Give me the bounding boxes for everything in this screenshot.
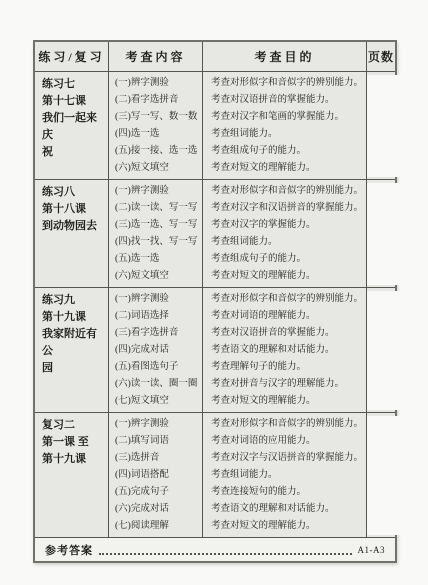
- page-number: 51: [367, 75, 428, 92]
- exam-content-item: (一)辨字测验: [109, 75, 202, 92]
- exam-content-item: (四)选一选: [109, 126, 202, 143]
- page-number: 55: [367, 143, 428, 160]
- exam-content-item: (四)完成对话: [109, 342, 202, 359]
- exam-purpose-column: 考查对形似字和音似字的辨别能力。考查对汉语拼音的掌握能力。考查对汉字和笔画的掌握…: [202, 72, 366, 179]
- answers-label: 参考答案: [45, 542, 93, 558]
- page-number: 76: [367, 501, 428, 518]
- exam-purpose-item: 考查组词能力。: [203, 126, 366, 143]
- exam-content-item: (六)完成对话: [109, 501, 202, 518]
- practice-group: 练习八 第十八课 到动物园去 (一)辨字测验(二)读一读、写一写(三)选一选、写…: [35, 179, 395, 287]
- exam-content-item: (五)选一选: [109, 251, 202, 268]
- practice-title: 练习九 第十九课 我家附近有公 园: [35, 288, 108, 412]
- exam-purpose-item: 考查对形似字和音似字的辨别能力。: [203, 183, 366, 200]
- page-number: 58: [367, 200, 428, 217]
- exam-content-item: (三)选拼音: [109, 450, 202, 467]
- dotted-leader: [99, 545, 352, 555]
- exam-purpose-item: 考查对形似字和音似字的辨别能力。: [203, 75, 366, 92]
- exam-content-item: (六)短文填空: [109, 160, 202, 177]
- page-number: 74: [367, 467, 428, 484]
- page-number: 52: [367, 92, 428, 109]
- exam-purpose-item: 考查对短文的理解能力。: [203, 160, 366, 177]
- page-number: 64: [367, 308, 428, 325]
- page-number: 54: [367, 126, 428, 143]
- page-number: 56: [367, 160, 428, 177]
- exam-content-item: (一)辨字测验: [109, 183, 202, 200]
- exam-purpose-item: 考查对短文的理解能力。: [203, 393, 366, 410]
- exam-purpose-item: 考查对形似字和音似字的辨别能力。: [203, 291, 366, 308]
- exam-purpose-column: 考查对形似字和音似字的辨别能力。考查对汉字和汉语拼音的掌握能力。考查对汉字的掌握…: [202, 180, 366, 287]
- col-header-practice-review: 练习/复习: [35, 42, 108, 71]
- exam-purpose-item: 考查对短文的理解能力。: [203, 518, 366, 535]
- exam-purpose-item: 考查语文的理解和对话能力。: [203, 342, 366, 359]
- exam-purpose-item: 考查语文的理解和对话能力。: [203, 501, 366, 518]
- exam-purpose-column: 考查对形似字和音似字的辨别能力。考查对词语的应用能力。考查对汉字与汉语拼音的掌握…: [202, 413, 366, 537]
- exam-content-item: (四)词语搭配: [109, 467, 202, 484]
- exam-purpose-item: 考查连接短句的能力。: [203, 484, 366, 501]
- exam-content-item: (七)短文填空: [109, 393, 202, 410]
- exam-purpose-item: 考查对形似字和音似字的辨别能力。: [203, 416, 366, 433]
- page-number: 72: [367, 433, 428, 450]
- exam-content-item: (六)读一读、圈一圈: [109, 376, 202, 393]
- page-number: 71: [367, 416, 428, 433]
- exam-content-item: (五)接一接、选一选: [109, 143, 202, 160]
- exam-content-item: (三)选一选、写一写: [109, 217, 202, 234]
- exam-purpose-item: 考查对短文的理解能力。: [203, 268, 366, 285]
- exam-content-item: (七)阅读理解: [109, 518, 202, 535]
- page-number: 65: [367, 325, 428, 342]
- exam-purpose-item: 考查组成句子的能力。: [203, 251, 366, 268]
- page-number: 57: [367, 183, 428, 200]
- exam-content-column: (一)辨字测验(二)词语选择(三)看字选拼音(四)完成对话(五)看图选句子(六)…: [108, 288, 202, 412]
- col-header-exam-content: 考查内容: [108, 42, 202, 71]
- practice-group: 练习七 第十七课 我们一起来庆 祝 (一)辨字测验(二)看字选拼音(三)写一写、…: [35, 71, 395, 179]
- table-header-row: 练习/复习 考查内容 考查目的 页数: [35, 42, 395, 71]
- answers-row: 参考答案 A1-A3: [35, 537, 395, 561]
- exam-content-item: (四)找一找、写一写: [109, 234, 202, 251]
- page-number: 62: [367, 268, 428, 285]
- page-number: 61: [367, 251, 428, 268]
- answers-page-range: A1-A3: [358, 545, 386, 555]
- col-header-page-count: 页数: [366, 42, 395, 71]
- page-number-column: 63646566676970: [366, 288, 395, 412]
- exam-purpose-item: 考查对汉字的掌握能力。: [203, 217, 366, 234]
- page-number: 75: [367, 484, 428, 501]
- exam-purpose-item: 考查组词能力。: [203, 467, 366, 484]
- page-number-column: 575859606162: [366, 180, 395, 287]
- exam-content-item: (六)短文填空: [109, 268, 202, 285]
- exam-purpose-item: 考查组词能力。: [203, 234, 366, 251]
- practice-title: 练习八 第十八课 到动物园去: [35, 180, 108, 287]
- exam-purpose-column: 考查对形似字和音似字的辨别能力。考查对词语的理解能力。考查对汉语拼音的掌握能力。…: [202, 288, 366, 412]
- exam-content-item: (五)看图选句子: [109, 359, 202, 376]
- exam-content-item: (一)辨字测验: [109, 291, 202, 308]
- exam-purpose-item: 考查对汉字与汉语拼音的掌握能力。: [203, 450, 366, 467]
- practice-title: 复习二 第一课 至 第十九课: [35, 413, 108, 537]
- exam-content-item: (五)完成句子: [109, 484, 202, 501]
- exam-content-item: (三)写一写、数一数: [109, 109, 202, 126]
- exam-content-column: (一)辨字测验(二)填写词语(三)选拼音(四)词语搭配(五)完成句子(六)完成对…: [108, 413, 202, 537]
- practice-group: 复习二 第一课 至 第十九课 (一)辨字测验(二)填写词语(三)选拼音(四)词语…: [35, 412, 395, 537]
- page-number: 63: [367, 291, 428, 308]
- page-number: 53: [367, 109, 428, 126]
- page-number: 60: [367, 234, 428, 251]
- scanned-toc-page: 练习/复习 考查内容 考查目的 页数 练习七 第十七课 我们一起来庆 祝 (一)…: [0, 0, 428, 585]
- exam-purpose-item: 考查对词语的应用能力。: [203, 433, 366, 450]
- page-number: 67: [367, 359, 428, 376]
- page-number: 66: [367, 342, 428, 359]
- exam-content-column: (一)辨字测验(二)看字选拼音(三)写一写、数一数(四)选一选(五)接一接、选一…: [108, 72, 202, 179]
- page-number: 77: [367, 518, 428, 535]
- exam-purpose-item: 考查对词语的理解能力。: [203, 308, 366, 325]
- page-number-column: 71727374757677: [366, 413, 395, 537]
- page-number: 69: [367, 376, 428, 393]
- exam-purpose-item: 考查对拼音与汉字的理解能力。: [203, 376, 366, 393]
- exam-content-item: (二)读一读、写一写: [109, 200, 202, 217]
- exam-content-item: (二)看字选拼音: [109, 92, 202, 109]
- page-number-column: 515253545556: [366, 72, 395, 179]
- practice-group: 练习九 第十九课 我家附近有公 园 (一)辨字测验(二)词语选择(三)看字选拼音…: [35, 287, 395, 412]
- exam-content-item: (三)看字选拼音: [109, 325, 202, 342]
- exam-purpose-item: 考查对汉语拼音的掌握能力。: [203, 325, 366, 342]
- col-header-exam-purpose: 考查目的: [202, 42, 366, 71]
- practice-title: 练习七 第十七课 我们一起来庆 祝: [35, 72, 108, 179]
- page-number: 59: [367, 217, 428, 234]
- exam-content-column: (一)辨字测验(二)读一读、写一写(三)选一选、写一写(四)找一找、写一写(五)…: [108, 180, 202, 287]
- exam-content-item: (二)填写词语: [109, 433, 202, 450]
- exam-purpose-item: 考查理解句子的能力。: [203, 359, 366, 376]
- exam-purpose-item: 考查对汉字和笔画的掌握能力。: [203, 109, 366, 126]
- exam-purpose-item: 考查组成句子的能力。: [203, 143, 366, 160]
- toc-table: 练习/复习 考查内容 考查目的 页数 练习七 第十七课 我们一起来庆 祝 (一)…: [33, 40, 397, 563]
- page-number: 70: [367, 393, 428, 410]
- table-body: 练习七 第十七课 我们一起来庆 祝 (一)辨字测验(二)看字选拼音(三)写一写、…: [35, 71, 395, 537]
- page-number: 73: [367, 450, 428, 467]
- exam-content-item: (一)辨字测验: [109, 416, 202, 433]
- exam-content-item: (二)词语选择: [109, 308, 202, 325]
- exam-purpose-item: 考查对汉字和汉语拼音的掌握能力。: [203, 200, 366, 217]
- exam-purpose-item: 考查对汉语拼音的掌握能力。: [203, 92, 366, 109]
